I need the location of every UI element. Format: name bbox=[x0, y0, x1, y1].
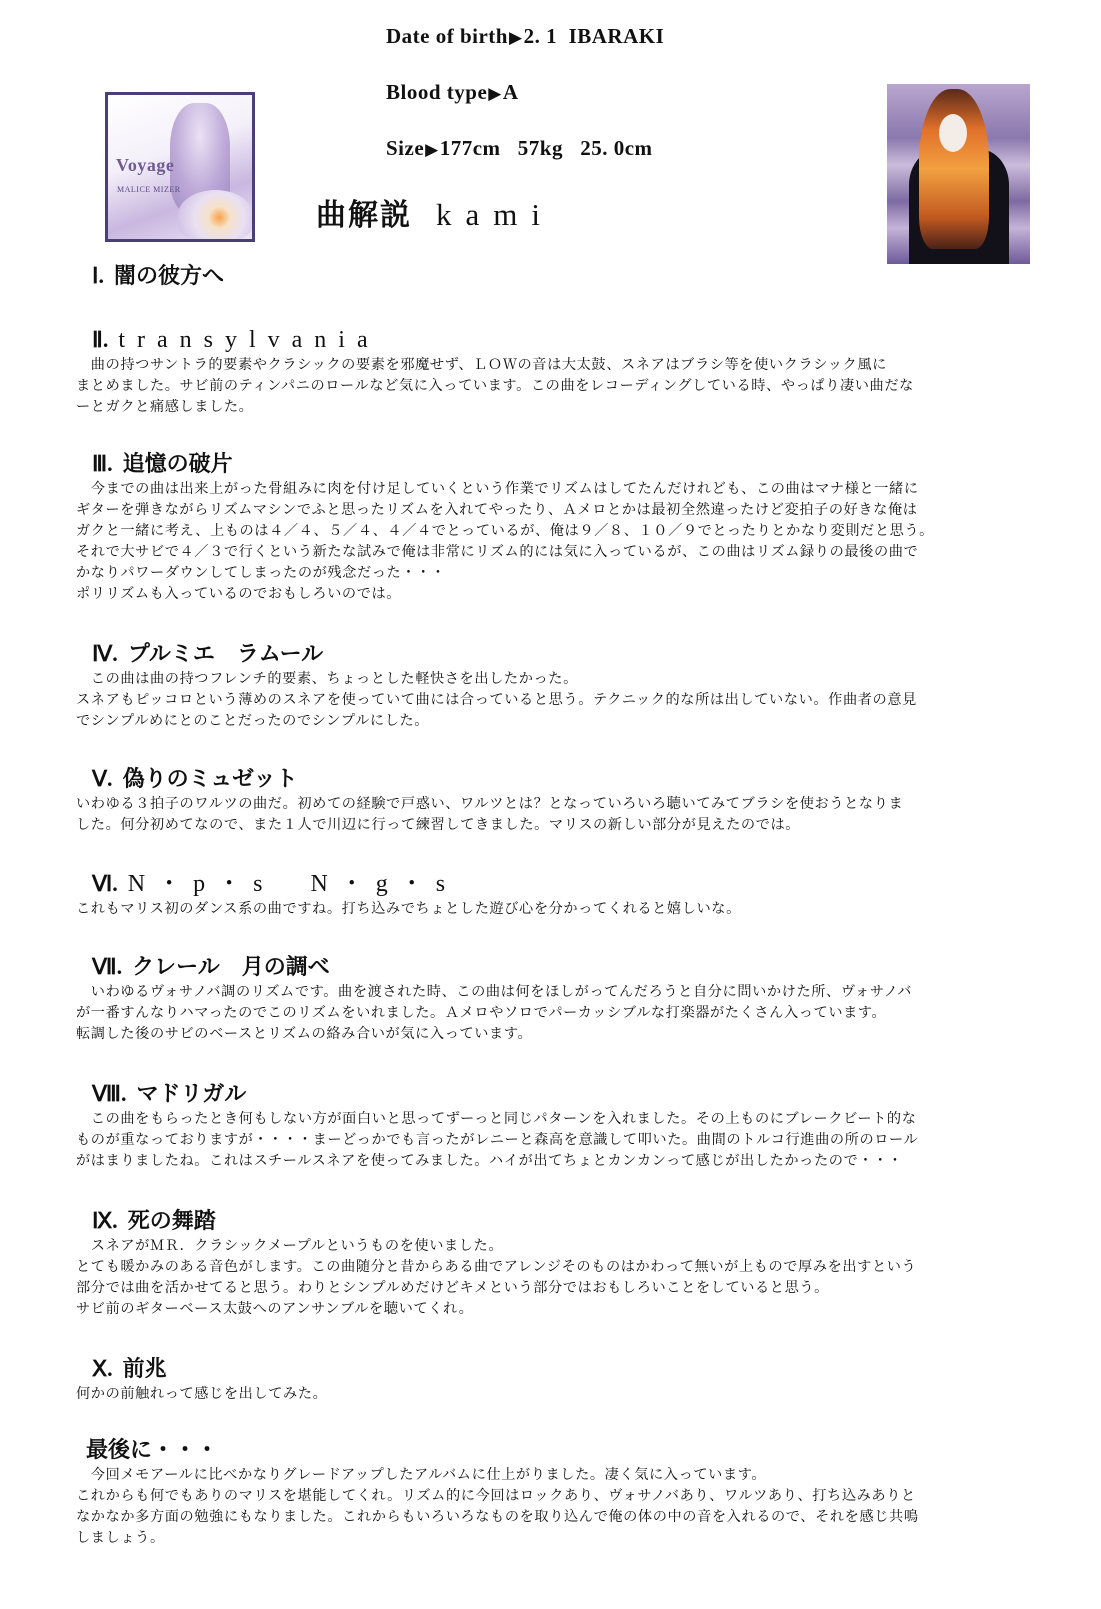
section-number: Ⅱ. bbox=[92, 327, 108, 352]
blood-type-label: Blood type bbox=[386, 80, 487, 104]
section-number: Ⅰ. bbox=[92, 263, 104, 288]
arrow-right-icon: ▶ bbox=[509, 28, 523, 47]
paragraph-line: ガクと一緒に考え、上ものは４／４、５／４、４／４でとっているが、俺は９／８、１０… bbox=[76, 521, 1076, 542]
album-cover-image: Voyage MALICE MIZER bbox=[105, 92, 255, 242]
section-4: Ⅳ.プルミエ ラムール この曲は曲の持つフレンチ的要素、ちょっとした軽快さを出し… bbox=[76, 640, 1076, 732]
arrow-right-icon: ▶ bbox=[425, 140, 439, 159]
paragraph-line: 今までの曲は出来上がった骨組みに肉を付け足していくという作業でリズムはしてたんだ… bbox=[76, 479, 1076, 500]
section-title: マドリガル bbox=[136, 1082, 246, 1107]
section-body: いわゆるヴォサノバ調のリズムです。曲を渡された時、この曲は何をほしがってんだろう… bbox=[76, 982, 1076, 1045]
section-heading: Ⅴ.偽りのミュゼット bbox=[92, 765, 1076, 794]
page-title: 曲解説kami bbox=[316, 190, 554, 234]
paragraph-line: がはまりましたね。これはスチールスネアを使ってみました。ハイが出てちょとカンカン… bbox=[76, 1151, 1076, 1172]
paragraph-line: でシンプルめにとのことだったのでシンプルにした。 bbox=[76, 711, 1076, 732]
date-of-birth-row: Date of birth▶2. 1 IBARAKI bbox=[386, 18, 664, 74]
paragraph-line: いわゆる３拍子のワルツの曲だ。初めての経験で戸惑い、ワルツとは？となっていろいろ… bbox=[76, 794, 1076, 815]
section-title: 死の舞踏 bbox=[128, 1209, 216, 1234]
paragraph-line: ポリリズムも入っているのでおもしろいのでは。 bbox=[76, 584, 1076, 605]
portrait-hair-graphic bbox=[919, 89, 989, 249]
section-heading: Ⅸ.死の舞踏 bbox=[92, 1207, 1076, 1236]
section-heading: 最後に・・・ bbox=[86, 1437, 1076, 1465]
section-number: Ⅹ. bbox=[92, 1356, 113, 1381]
album-title: Voyage bbox=[116, 155, 174, 176]
blood-type-value: A bbox=[503, 80, 519, 104]
section-3: Ⅲ.追憶の破片 今までの曲は出来上がった骨組みに肉を付け足していくという作業でリ… bbox=[76, 450, 1076, 605]
section-title: クレール 月の調べ bbox=[132, 955, 330, 980]
section-title: transylvania bbox=[118, 327, 379, 353]
section-heading: Ⅷ.マドリガル bbox=[92, 1080, 1076, 1109]
paragraph-line: 転調した後のサビのベースとリズムの絡み合いが気に入っています。 bbox=[76, 1024, 1076, 1045]
size-label: Size bbox=[386, 136, 424, 160]
section-body: いわゆる３拍子のワルツの曲だ。初めての経験で戸惑い、ワルツとは？となっていろいろ… bbox=[76, 794, 1076, 836]
paragraph-line: しましょう。 bbox=[76, 1528, 1076, 1549]
section-title: 偽りのミュゼット bbox=[123, 767, 298, 792]
paragraph-line: まとめました。サビ前のティンパニのロールなど気に入っています。この曲をレコーディ… bbox=[76, 376, 1076, 397]
section-body: この曲は曲の持つフレンチ的要素、ちょっとした軽快さを出したかった。 スネアもピッ… bbox=[76, 669, 1076, 732]
paragraph-line: これもマリス初のダンス系の曲ですね。打ち込みでちょとした遊び心を分かってくれると… bbox=[76, 899, 1076, 920]
paragraph-line: した。何分初めてなので、また１人で川辺に行って練習してきました。マリスの新しい部… bbox=[76, 815, 1076, 836]
paragraph-line: とても暖かみのある音色がします。この曲随分と昔からある曲でアレンジそのものはかわ… bbox=[76, 1257, 1076, 1278]
section-8: Ⅷ.マドリガル この曲をもらったとき何もしない方が面白いと思ってずーっと同じパタ… bbox=[76, 1080, 1076, 1172]
date-of-birth-value: 2. 1 IBARAKI bbox=[524, 24, 665, 48]
page-title-author: kami bbox=[436, 197, 554, 232]
section-title: 前兆 bbox=[123, 1357, 167, 1382]
section-10: Ⅹ.前兆 何かの前触れって感じを出してみた。 bbox=[76, 1355, 1076, 1405]
arrow-right-icon: ▶ bbox=[488, 84, 502, 103]
section-body: 曲の持つサントラ的要素やクラシックの要素を邪魔せず、ＬＯＷの音は大太鼓、スネアは… bbox=[76, 355, 1076, 418]
profile-info: Date of birth▶2. 1 IBARAKI Blood type▶A … bbox=[386, 18, 664, 186]
paragraph-line: スネアもピッコロという薄めのスネアを使っていて曲には合っていると思う。テクニック… bbox=[76, 690, 1076, 711]
size-row: Size▶177cm 57kg 25. 0cm bbox=[386, 130, 664, 186]
section-number: Ⅸ. bbox=[92, 1208, 118, 1233]
page-title-label: 曲解説 bbox=[316, 198, 412, 233]
section-body: これもマリス初のダンス系の曲ですね。打ち込みでちょとした遊び心を分かってくれると… bbox=[76, 899, 1076, 920]
section-title: 追憶の破片 bbox=[123, 452, 233, 477]
section-number: Ⅴ. bbox=[92, 766, 113, 791]
paragraph-line: なかなか多方面の勉強にもなりました。これからもいろいろなものを取り込んで俺の体の… bbox=[76, 1507, 1076, 1528]
paragraph-line: いわゆるヴォサノバ調のリズムです。曲を渡された時、この曲は何をほしがってんだろう… bbox=[76, 982, 1076, 1003]
paragraph-line: が一番すんなりハマったのでこのリズムをいれました。Ａメロやソロでパーカッシブルな… bbox=[76, 1003, 1076, 1024]
section-2: Ⅱ.transylvania 曲の持つサントラ的要素やクラシックの要素を邪魔せず… bbox=[76, 326, 1076, 418]
section-heading: Ⅲ.追憶の破片 bbox=[92, 450, 1076, 479]
section-number: Ⅳ. bbox=[92, 641, 118, 666]
blood-type-row: Blood type▶A bbox=[386, 74, 664, 130]
paragraph-line: ギターを弾きながらリズムマシンでふと思ったリズムを入れてやったり、Ａメロとかは最… bbox=[76, 500, 1076, 521]
paragraph-line: ーとガクと痛感しました。 bbox=[76, 397, 1076, 418]
section-number: Ⅶ. bbox=[92, 954, 122, 979]
section-number: Ⅲ. bbox=[92, 451, 113, 476]
section-heading: Ⅶ.クレール 月の調べ bbox=[92, 953, 1076, 982]
lily-flower-graphic bbox=[178, 190, 253, 240]
paragraph-line: この曲をもらったとき何もしない方が面白いと思ってずーっと同じパターンを入れました… bbox=[76, 1109, 1076, 1130]
section-title: 最後に・・・ bbox=[86, 1438, 218, 1463]
paragraph-line: これからも何でもありのマリスを堪能してくれ。リズム的に今回はロックあり、ヴォサノ… bbox=[76, 1486, 1076, 1507]
section-heading: Ⅵ.N・p・s N・g・s bbox=[92, 870, 1076, 899]
section-closing: 最後に・・・ 今回メモアールに比べかなりグレードアップしたアルバムに仕上がりまし… bbox=[76, 1437, 1076, 1549]
paragraph-line: この曲は曲の持つフレンチ的要素、ちょっとした軽快さを出したかった。 bbox=[76, 669, 1076, 690]
section-heading: Ⅹ.前兆 bbox=[92, 1355, 1076, 1384]
section-7: Ⅶ.クレール 月の調べ いわゆるヴォサノバ調のリズムです。曲を渡された時、この曲… bbox=[76, 953, 1076, 1045]
paragraph-line: それで大サビで４／３で行くという新たな試みで俺は非常にリズム的には気に入っている… bbox=[76, 542, 1076, 563]
section-heading: Ⅳ.プルミエ ラムール bbox=[92, 640, 1076, 669]
portrait-face-graphic bbox=[939, 114, 967, 152]
section-title: プルミエ ラムール bbox=[128, 642, 323, 667]
section-body: 何かの前触れって感じを出してみた。 bbox=[76, 1384, 1076, 1405]
section-body: 今回メモアールに比べかなりグレードアップしたアルバムに仕上がりました。凄く気に入… bbox=[76, 1465, 1076, 1549]
paragraph-line: 何かの前触れって感じを出してみた。 bbox=[76, 1384, 1076, 1405]
section-number: Ⅵ. bbox=[92, 871, 118, 896]
date-of-birth-label: Date of birth bbox=[386, 24, 508, 48]
band-name: MALICE MIZER bbox=[117, 185, 181, 194]
section-6: Ⅵ.N・p・s N・g・s これもマリス初のダンス系の曲ですね。打ち込みでちょと… bbox=[76, 870, 1076, 920]
section-5: Ⅴ.偽りのミュゼット いわゆる３拍子のワルツの曲だ。初めての経験で戸惑い、ワルツ… bbox=[76, 765, 1076, 836]
section-heading: Ⅰ.闇の彼方へ bbox=[92, 262, 1076, 291]
paragraph-line: 曲の持つサントラ的要素やクラシックの要素を邪魔せず、ＬＯＷの音は大太鼓、スネアは… bbox=[76, 355, 1076, 376]
paragraph-line: スネアがＭＲ．クラシックメープルというものを使いました。 bbox=[76, 1236, 1076, 1257]
paragraph-line: ものが重なっておりますが・・・・まーどっかでも言ったがレニーと森高を意識して叩い… bbox=[76, 1130, 1076, 1151]
section-body: この曲をもらったとき何もしない方が面白いと思ってずーっと同じパターンを入れました… bbox=[76, 1109, 1076, 1172]
paragraph-line: 部分では曲を活かせてると思う。わりとシンプルめだけどキメという部分ではおもしろい… bbox=[76, 1278, 1076, 1299]
section-1: Ⅰ.闇の彼方へ bbox=[76, 262, 1076, 291]
paragraph-line: 今回メモアールに比べかなりグレードアップしたアルバムに仕上がりました。凄く気に入… bbox=[76, 1465, 1076, 1486]
size-value: 177cm 57kg 25. 0cm bbox=[440, 136, 653, 160]
paragraph-line: かなりパワーダウンしてしまったのが残念だった・・・ bbox=[76, 563, 1076, 584]
paragraph-line: サビ前のギターベース太鼓へのアンサンブルを聴いてくれ。 bbox=[76, 1299, 1076, 1320]
portrait-photo bbox=[887, 84, 1030, 264]
section-body: 今までの曲は出来上がった骨組みに肉を付け足していくという作業でリズムはしてたんだ… bbox=[76, 479, 1076, 605]
section-9: Ⅸ.死の舞踏 スネアがＭＲ．クラシックメープルというものを使いました。 とても暖… bbox=[76, 1207, 1076, 1320]
section-title: N・p・s N・g・s bbox=[128, 871, 457, 897]
section-body: スネアがＭＲ．クラシックメープルというものを使いました。 とても暖かみのある音色… bbox=[76, 1236, 1076, 1320]
section-heading: Ⅱ.transylvania bbox=[92, 326, 1076, 355]
section-number: Ⅷ. bbox=[92, 1081, 126, 1106]
section-title: 闇の彼方へ bbox=[114, 264, 224, 289]
